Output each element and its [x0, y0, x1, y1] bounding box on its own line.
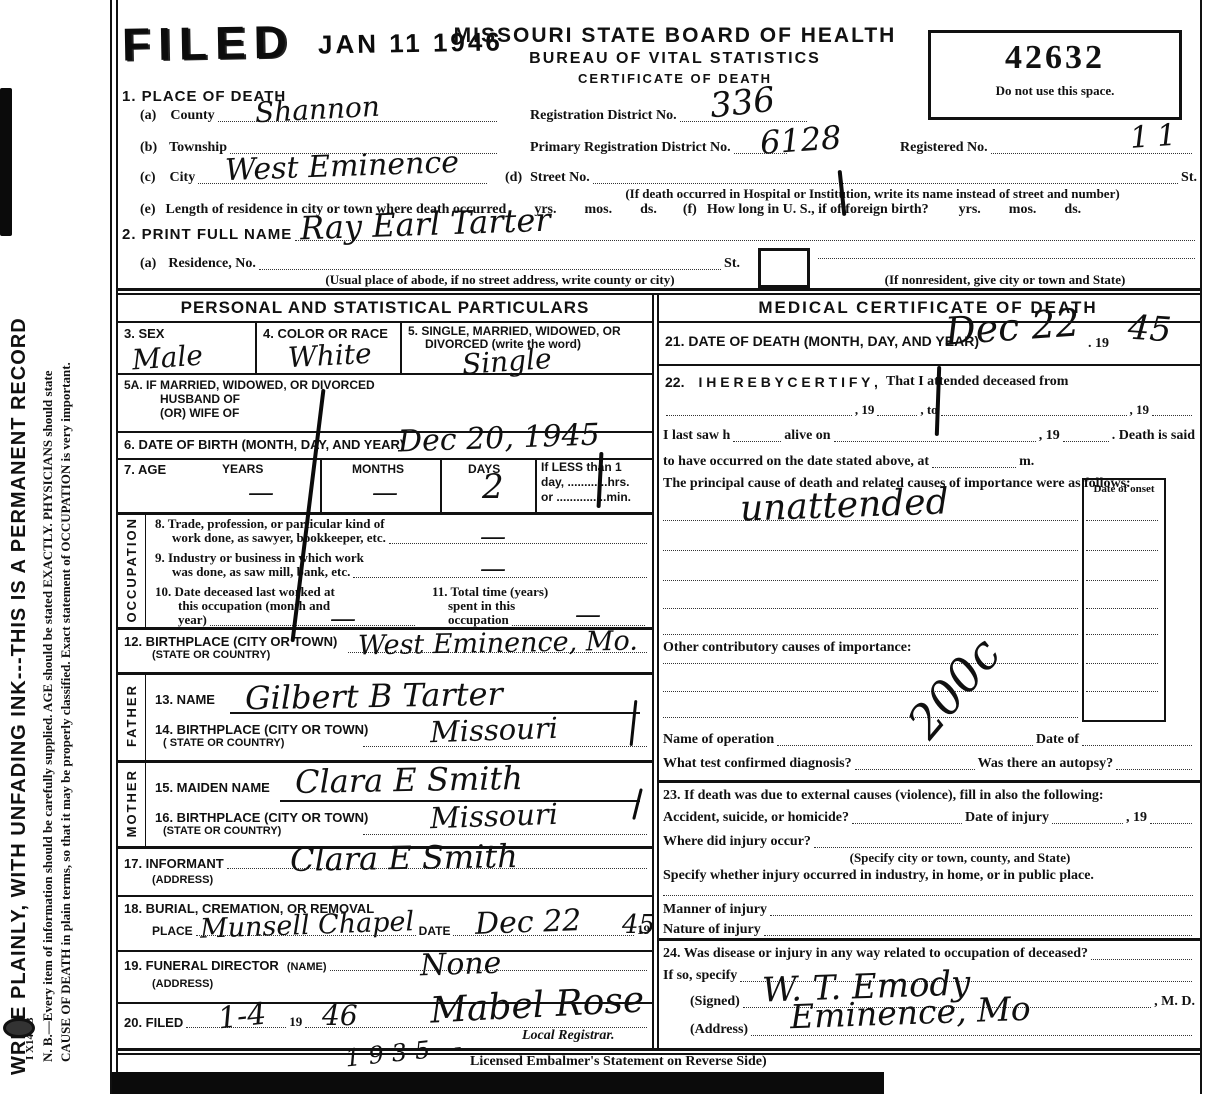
injury-date-line	[1052, 821, 1123, 824]
mother-birthplace-value: Missouri	[430, 800, 559, 833]
filed-year-value: 46	[322, 1002, 358, 1030]
residence-label: Residence, No.	[168, 256, 256, 272]
last-saw-line3	[1063, 439, 1109, 442]
father-birthplace-value: Missouri	[430, 714, 559, 747]
last-saw-line2	[834, 439, 1036, 442]
cause-of-death-value: unattended	[739, 484, 949, 527]
margin-note-line2: CAUSE OF DEATH in plain terms, so that i…	[58, 82, 74, 1062]
father-name-label: 13. NAME	[155, 692, 215, 707]
bureau-subtitle: BUREAU OF VITAL STATISTICS	[420, 50, 930, 68]
full-name-value: Ray Earl Tarter	[300, 204, 552, 245]
binder-mark	[0, 88, 12, 236]
informant-rule	[118, 895, 652, 897]
occ8-label2: work done, as sawyer, bookkeeper, etc.	[172, 530, 386, 546]
residence-line	[259, 267, 721, 270]
certify-number: 22.	[665, 374, 684, 390]
age-div3	[535, 458, 537, 512]
occ9-value: —	[480, 556, 506, 582]
medical-title-rule	[657, 321, 1200, 323]
registration-district-value: 336	[708, 83, 776, 124]
contributory-line1	[663, 662, 1078, 664]
registrar-seal-icon	[3, 1018, 35, 1038]
age-months-value: —	[372, 480, 398, 506]
left-double-rule-1	[110, 0, 112, 1094]
accident-row: Accident, suicide, or homicide? Date of …	[663, 810, 1195, 826]
left-margin: WRITE PLAINLY, WITH UNFADING INK---THIS …	[0, 0, 108, 1094]
funeral-label: 19. FUNERAL DIRECTOR	[124, 958, 279, 973]
residence-length-letter: (e)	[140, 202, 156, 218]
mother-name-label: 15. MAIDEN NAME	[155, 780, 270, 795]
foreign-birth-units: yrs. mos. ds.	[959, 202, 1082, 218]
dob-value: Dec 20, 1945	[398, 420, 601, 457]
age-less-label2: day, ............hrs.	[541, 475, 629, 489]
occurred-line	[932, 465, 1016, 468]
section-top-rule-2	[118, 293, 1200, 295]
autopsy-label: Was there an autopsy?	[978, 756, 1113, 772]
age-months-label: MONTHS	[352, 462, 404, 476]
medical-title: MEDICAL CERTIFICATE OF DEATH	[658, 298, 1198, 318]
race-marital-divider	[400, 321, 402, 373]
occ8-row: work done, as sawyer, bookkeeper, etc.	[172, 530, 650, 546]
funeral-value: None	[420, 949, 502, 982]
nature-label: Nature of injury	[663, 922, 761, 938]
nonresident-line	[818, 256, 1195, 259]
residence-length-units: yrs. mos. ds.	[534, 202, 657, 218]
informant-value: Clara E Smith	[290, 840, 518, 876]
occ9-label2: was done, as saw mill, bank, etc.	[172, 564, 350, 580]
date-of-death-value: Dec 22	[944, 303, 1081, 350]
certify-19a: , 19	[855, 402, 875, 418]
burial-place-value: Munsell Chapel	[200, 908, 415, 942]
personal-title: PERSONAL AND STATISTICAL PARTICULARS	[118, 298, 652, 318]
county-letter: (a)	[140, 108, 156, 124]
contributory-label: Other contributory causes of importance:	[663, 640, 912, 656]
mother-rail: MOTHER	[118, 760, 146, 846]
age-years-value: —	[248, 480, 274, 506]
registrar-label: Local Registrar.	[522, 1028, 615, 1044]
age-less-label3: or ...............min.	[541, 490, 631, 504]
occupation-related-row: 24. Was disease or injury in any way rel…	[663, 946, 1195, 962]
test-row: What test confirmed diagnosis? Was there…	[663, 756, 1195, 772]
street-line	[593, 181, 1178, 184]
test-label: What test confirmed diagnosis?	[663, 756, 852, 772]
foreign-birth-label: How long in U. S., if of foreign birth?	[707, 202, 929, 218]
occupation-related-line	[1091, 957, 1192, 960]
onset-line6	[1086, 662, 1158, 664]
operation-date-label: Date of	[1036, 732, 1079, 748]
physician-address: Eminence, Mo	[789, 992, 1031, 1033]
street-note: (If death occurred in Hospital or Instit…	[545, 186, 1200, 202]
age-div2	[440, 458, 442, 512]
date-of-onset-label: Date of onset	[1084, 483, 1164, 495]
operation-date-line	[1082, 743, 1192, 746]
certificate-number: 42632	[931, 39, 1179, 77]
where-label: Where did injury occur?	[663, 834, 811, 850]
dod-rule	[657, 364, 1200, 366]
birthplace-label2: (STATE OR COUNTRY)	[152, 649, 270, 661]
last-saw-b: alive on	[784, 428, 830, 444]
ink-stroke-father-bp	[630, 700, 637, 746]
street-row: (d) Street No. St.	[505, 170, 1197, 186]
birthplace-label: 12. BIRTHPLACE (CITY OR TOWN)	[124, 634, 337, 649]
primary-registration-row: Primary Registration District No.	[530, 140, 790, 156]
onset-line7	[1086, 690, 1158, 692]
test-rule	[657, 780, 1200, 783]
registered-no-label: Registered No.	[900, 140, 988, 156]
bottom-rule-1	[118, 1048, 1200, 1051]
foreign-birth-letter: (f)	[683, 202, 697, 218]
filed-label: 20. FILED	[124, 1015, 183, 1030]
residence-checkbox	[758, 248, 810, 288]
operation-label: Name of operation	[663, 732, 774, 748]
occ10-row: year)	[178, 612, 418, 628]
certify-19b-line	[1152, 413, 1192, 416]
occ10-line	[210, 623, 415, 626]
township-label: Township	[169, 140, 227, 156]
onset-line3	[1086, 579, 1158, 581]
dob-label: 6. DATE OF BIRTH (MONTH, DAY, AND YEAR)	[124, 437, 404, 452]
certify-row: 22. I H E R E B Y C E R T I F Y , That I…	[665, 374, 1195, 390]
contributory-scrawl: 200c	[900, 629, 1008, 746]
test-line	[855, 767, 975, 770]
contributory-line3	[663, 716, 1078, 718]
onset-line4	[1086, 607, 1158, 609]
specify-line	[663, 894, 1193, 896]
sex-label: 3. SEX	[124, 326, 164, 341]
marital-label-line1: 5. SINGLE, MARRIED, WIDOWED, OR	[408, 324, 621, 338]
full-name-row: 2. PRINT FULL NAME	[122, 226, 1198, 243]
county-label: County	[170, 108, 214, 124]
street-letter: (d)	[505, 170, 522, 186]
registered-no-value: 11	[1129, 120, 1185, 154]
column-divider-2	[657, 293, 659, 1048]
age-less-label1: If LESS than 1	[541, 460, 622, 474]
date-of-death-label: 21. DATE OF DEATH (MONTH, DAY, AND YEAR)	[665, 333, 979, 349]
nonresident-line-row	[815, 256, 1198, 261]
mother-birthplace-label2: (STATE OR COUNTRY)	[163, 825, 281, 837]
date-of-death-year-prefix: . 19	[1088, 336, 1109, 352]
onset-line2	[1086, 549, 1158, 551]
certify-to-line	[941, 413, 1127, 416]
certify-rest: That I attended deceased from	[886, 374, 1069, 390]
race-value: White	[287, 340, 372, 372]
county-value: Shannon	[254, 93, 380, 127]
if-so-label: If so, specify	[663, 968, 737, 984]
informant-label2: (ADDRESS)	[152, 874, 213, 886]
manner-label: Manner of injury	[663, 902, 767, 918]
embalmer-note: Licensed Embalmer's Statement on Reverse…	[470, 1054, 767, 1070]
funeral-name-label: (NAME)	[287, 961, 327, 973]
city-letter: (c)	[140, 170, 156, 186]
age-label: 7. AGE	[124, 462, 166, 477]
occ11-value: —	[575, 602, 601, 628]
residence-row: (a) Residence, No. St.	[140, 256, 740, 272]
date-of-onset-box: Date of onset	[1082, 478, 1166, 722]
manner-row: Manner of injury	[663, 902, 1195, 918]
occurred-row: to have occurred on the date stated abov…	[663, 454, 1083, 470]
address-label: (Address)	[690, 1022, 748, 1038]
certify-19a-line	[877, 413, 917, 416]
certificate-subtitle: CERTIFICATE OF DEATH	[420, 71, 930, 86]
autopsy-line	[1116, 767, 1192, 770]
occurred-b: m.	[1019, 454, 1034, 470]
occ10-value: —	[330, 606, 356, 632]
ink-stroke-mother-bp	[632, 788, 642, 820]
city-label: City	[170, 170, 196, 186]
margin-note-line1: N. B.—Every item of information should b…	[40, 82, 56, 1062]
street-st-suffix: St.	[1181, 170, 1197, 186]
occ8-value: —	[480, 524, 506, 550]
injury-rule	[657, 938, 1200, 941]
row12-rule	[118, 672, 652, 675]
header-titles: MISSOURI STATE BOARD OF HEALTH BUREAU OF…	[420, 24, 930, 86]
filed-date-value: 1-4	[217, 1000, 268, 1035]
md-label: , M. D.	[1154, 994, 1195, 1010]
mother-birthplace-label: 16. BIRTHPLACE (CITY OR TOWN)	[155, 810, 368, 825]
father-birthplace-label2: ( STATE OR COUNTRY)	[163, 737, 284, 749]
row5-rule	[118, 373, 652, 375]
funeral-row: 19. FUNERAL DIRECTOR (NAME)	[124, 958, 650, 973]
mother-rail-label: MOTHER	[124, 769, 139, 837]
burial-rule	[118, 950, 652, 952]
married-to-label2: HUSBAND OF	[160, 392, 240, 406]
occupation-rail-label: OCCUPATION	[124, 517, 139, 622]
burial-year-value: 45	[622, 912, 655, 938]
occupation-rail: OCCUPATION	[118, 512, 146, 627]
occ8-line	[389, 541, 647, 544]
mother-name-value: Clara E Smith	[295, 762, 523, 798]
informant-label: 17. INFORMANT	[124, 856, 224, 871]
married-to-label1: 5A. IF MARRIED, WIDOWED, OR DIVORCED	[124, 378, 375, 392]
occ11-label3: occupation	[448, 612, 509, 628]
certify-from-line	[666, 413, 852, 416]
row7-rule	[118, 512, 652, 515]
sex-value: Male	[131, 342, 204, 375]
manner-line	[770, 913, 1192, 916]
age-years-label: YEARS	[222, 462, 263, 476]
specify-label: Specify whether injury occurred in indus…	[663, 868, 1198, 884]
injury-19: , 19	[1126, 810, 1147, 826]
birthplace-value: West Eminence, Mo.	[358, 628, 638, 660]
father-rail: FATHER	[118, 672, 146, 760]
abode-note: (Usual place of abode, if no street addr…	[275, 272, 725, 288]
cause-line2	[663, 549, 1078, 551]
external-causes-label: 23. If death was due to external causes …	[663, 788, 1198, 804]
nonresident-note: (If nonresident, give city or town and S…	[830, 272, 1180, 288]
age-div1	[320, 458, 322, 512]
nature-row: Nature of injury	[663, 922, 1195, 938]
father-name-value: Gilbert B Tarter	[245, 678, 503, 714]
injury-19-line	[1150, 821, 1192, 824]
where-row: Where did injury occur?	[663, 834, 1195, 850]
bottom-black-bar	[112, 1072, 884, 1094]
last-saw-a: I last saw h	[663, 428, 730, 444]
onset-line1	[1086, 519, 1158, 521]
filed-stamp: FILED	[122, 14, 296, 71]
nature-line	[764, 933, 1192, 936]
full-name-label: 2. PRINT FULL NAME	[122, 226, 292, 243]
last-saw-c: , 19	[1039, 428, 1060, 444]
number-box-note: Do not use this space.	[931, 83, 1179, 99]
section-top-rule-1	[118, 288, 1200, 291]
injury-date-label: Date of injury	[965, 810, 1049, 826]
father-rail-label: FATHER	[124, 684, 139, 747]
operation-line	[777, 743, 1033, 746]
occ10-label3: year)	[178, 612, 207, 628]
date-of-death-year-value: 45	[1127, 311, 1173, 348]
certify-19b: , 19	[1130, 402, 1150, 418]
footer-handwritten-note: 1935 -	[344, 1034, 471, 1071]
burial-date-label: DATE	[419, 924, 451, 938]
marital-value: Single	[461, 345, 552, 379]
death-certificate-page: WRITE PLAINLY, WITH UNFADING INK---THIS …	[0, 0, 1221, 1094]
last-saw-row: I last saw h alive on , 19 . Death is sa…	[663, 428, 1195, 444]
signed-label: (Signed)	[690, 994, 740, 1010]
where-note: (Specify city or town, county, and State…	[800, 850, 1120, 866]
filed-year-prefix: 19	[289, 1014, 302, 1030]
occ9-row: was done, as saw mill, bank, etc.	[172, 564, 650, 580]
father-birthplace-label: 14. BIRTHPLACE (CITY OR TOWN)	[155, 722, 368, 737]
onset-line5	[1086, 633, 1158, 635]
residence-letter: (a)	[140, 256, 156, 272]
right-rule	[1200, 0, 1202, 1094]
funeral-address-label: (ADDRESS)	[152, 978, 213, 990]
cause-line3	[663, 579, 1078, 581]
cause-line4	[663, 607, 1078, 609]
married-to-label3: (OR) WIFE OF	[160, 406, 239, 420]
personal-title-rule	[118, 321, 652, 323]
burial-date-value: Dec 22	[475, 906, 582, 940]
street-label: Street No.	[530, 170, 590, 186]
age-days-value: 2	[482, 470, 504, 504]
primary-registration-label: Primary Registration District No.	[530, 140, 731, 156]
sex-race-divider	[255, 321, 257, 373]
last-saw-line1	[733, 439, 781, 442]
last-saw-d: . Death is said	[1112, 428, 1195, 444]
township-letter: (b)	[140, 140, 157, 156]
registration-district-label: Registration District No.	[530, 108, 677, 124]
cause-line5	[663, 633, 1078, 635]
accident-line	[852, 821, 962, 824]
certify-bold: I H E R E B Y C E R T I F Y ,	[698, 374, 877, 390]
accident-label: Accident, suicide, or homicide?	[663, 810, 849, 826]
occupation-related-label: 24. Was disease or injury in any way rel…	[663, 946, 1088, 962]
burial-place-label: PLACE	[152, 924, 193, 938]
certificate-number-box: 42632 Do not use this space.	[928, 30, 1182, 120]
contributory-line2	[663, 690, 1078, 692]
occurred-a: to have occurred on the date stated abov…	[663, 454, 929, 470]
certify-dates-row: , 19 , to , 19	[663, 402, 1195, 418]
residence-st-suffix: St.	[724, 256, 740, 272]
primary-registration-value: 6128	[759, 121, 842, 159]
city-value: West Eminence	[225, 148, 460, 186]
board-title: MISSOURI STATE BOARD OF HEALTH	[420, 24, 930, 48]
where-line	[814, 845, 1192, 848]
